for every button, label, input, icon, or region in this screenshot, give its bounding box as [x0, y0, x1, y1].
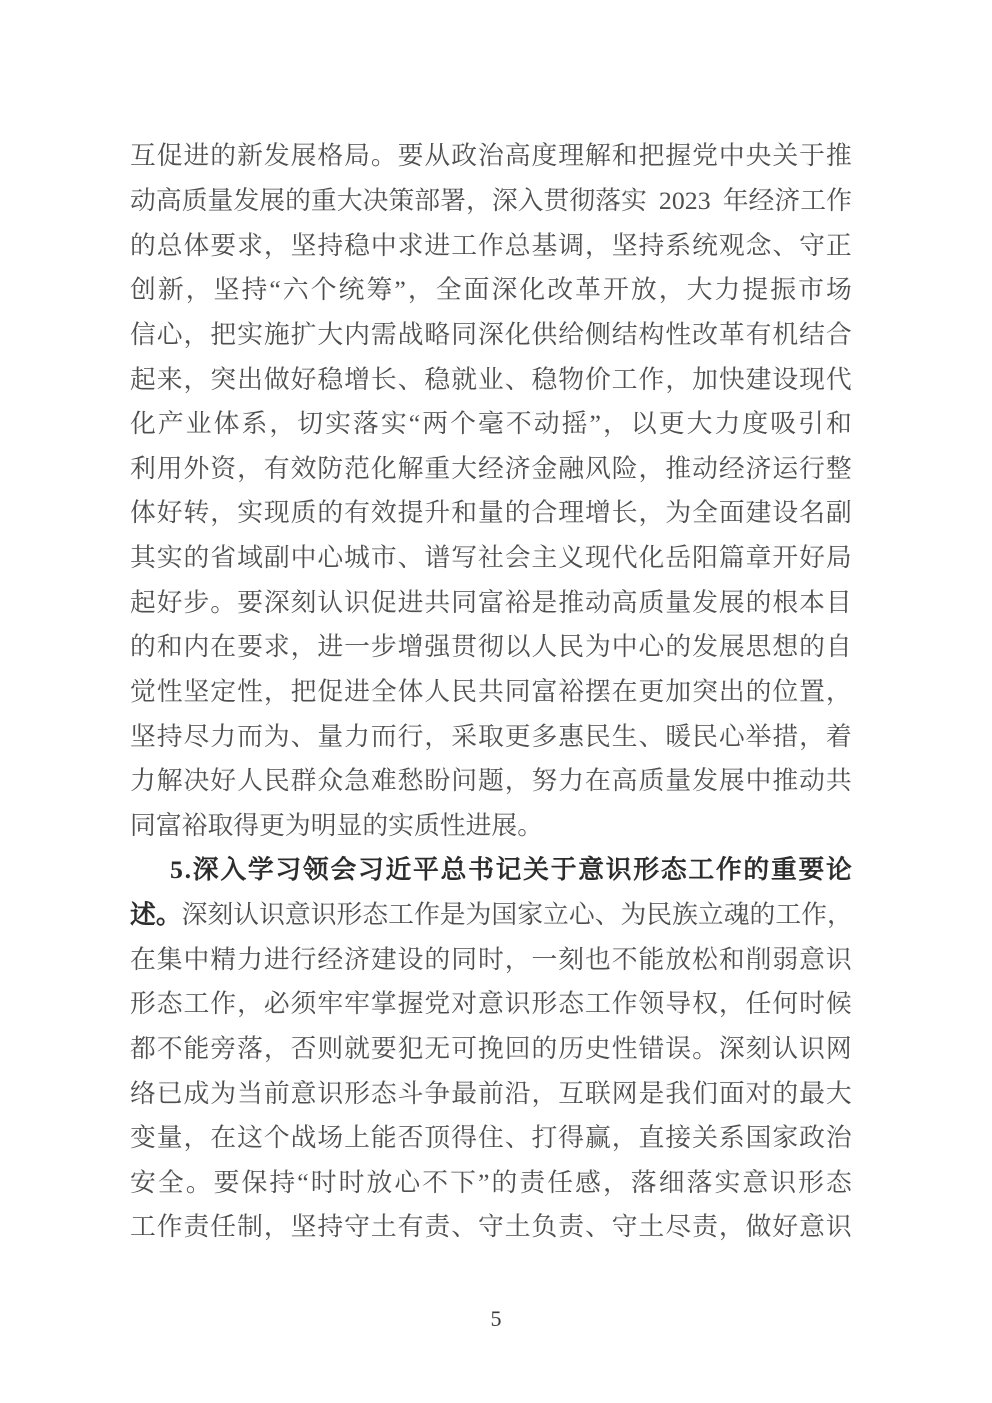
text-char: 大 — [826, 1081, 852, 1107]
text-char: 扩 — [291, 322, 317, 348]
text-char: 六 — [283, 277, 309, 303]
text-char: 最 — [799, 1081, 825, 1107]
text-char: 创 — [130, 277, 156, 303]
text-char: 多 — [531, 724, 557, 750]
text-char: 力 — [715, 411, 741, 437]
text-char: 系 — [665, 233, 691, 259]
text-line: 5.深入学习领会习近平总书记关于意识形态工作的重要论 — [130, 848, 852, 893]
text-char: 写 — [451, 545, 477, 571]
text-char: 性 — [157, 679, 183, 705]
text-char: 合 — [531, 500, 557, 526]
text-char: 中 — [612, 634, 638, 660]
text-char: 实 — [157, 545, 183, 571]
text-char: 决 — [363, 188, 389, 214]
text-char: 识 — [259, 902, 285, 928]
text-char: 经 — [478, 456, 504, 482]
text-char: 决 — [184, 768, 210, 794]
text-char: 形 — [798, 1170, 824, 1196]
text-char: 战 — [398, 322, 424, 348]
text-char: 统 — [339, 277, 365, 303]
text-char: 中 — [719, 143, 745, 169]
text-char: 工 — [451, 233, 477, 259]
text-char: ， — [505, 768, 531, 794]
text-char: ， — [264, 679, 290, 705]
text-char: 国 — [491, 902, 517, 928]
text-char: 济 — [746, 456, 772, 482]
text-char: 求 — [398, 233, 424, 259]
text-char: 社 — [478, 545, 504, 571]
text-char: 摆 — [585, 679, 611, 705]
text-line: 其实的省域副中心城市、谱写社会主义现代化岳阳篇章开好局 — [130, 536, 852, 581]
text-char: 内 — [344, 322, 370, 348]
text-char: 而 — [237, 724, 263, 750]
text-char: 尽 — [665, 1214, 691, 1240]
text-char: ， — [184, 367, 210, 393]
text-char: 刻 — [746, 1036, 772, 1062]
text-char: 效 — [291, 456, 317, 482]
text-char: 民 — [264, 768, 290, 794]
text-char: 工 — [585, 991, 611, 1017]
text-char: 旁 — [210, 1036, 236, 1062]
text-char: 2 — [685, 188, 698, 214]
text-char: 无 — [424, 1036, 450, 1062]
text-char: 整 — [826, 456, 852, 482]
text-char: ， — [184, 322, 210, 348]
text-char: 提 — [398, 500, 424, 526]
text-char: 行 — [291, 947, 317, 973]
text-char: 党 — [692, 143, 718, 169]
text-char: 学 — [248, 857, 274, 883]
text-char: 起 — [130, 367, 156, 393]
text-char: 立 — [543, 902, 569, 928]
text-char: 展 — [291, 143, 317, 169]
text-char: 效 — [371, 500, 397, 526]
text-char: 资 — [210, 456, 236, 482]
text-char: 记 — [496, 857, 522, 883]
text-line: 起来，突出做好稳增长、稳就业、稳物价工作，加快建设现代 — [130, 357, 852, 402]
text-char: 平 — [413, 857, 439, 883]
text-char: 措 — [772, 724, 798, 750]
text-char: 大 — [317, 322, 343, 348]
text-char: 得 — [558, 1125, 584, 1151]
text-char: 精 — [210, 947, 236, 973]
text-char: 生 — [612, 724, 638, 750]
text-char: “ — [297, 1170, 308, 1196]
text-char: 回 — [505, 1036, 531, 1062]
text-char: 要 — [398, 143, 424, 169]
text-char: 。 — [156, 902, 182, 928]
text-line: 互促进的新发展格局。要从政治高度理解和把握党中央关于推 — [130, 134, 852, 179]
text-char: 量 — [665, 590, 691, 616]
text-char: 难 — [371, 768, 397, 794]
text-char: 起 — [130, 590, 156, 616]
text-char: 摇 — [562, 411, 588, 437]
text-char: ， — [237, 456, 263, 482]
text-char: 在 — [585, 768, 611, 794]
text-char: 中 — [291, 545, 317, 571]
text-char: 化 — [130, 411, 156, 437]
text-char: ， — [719, 991, 745, 1017]
text-char: 主 — [531, 545, 557, 571]
text-char: 篇 — [719, 545, 745, 571]
text-char: 现 — [264, 500, 290, 526]
text-char: 进 — [264, 947, 290, 973]
text-char: 民 — [692, 724, 718, 750]
text-char: 中 — [746, 768, 772, 794]
text-char: 动 — [585, 590, 611, 616]
text-char: 识 — [311, 902, 337, 928]
text-char: 建 — [371, 947, 397, 973]
text-char: 会 — [330, 857, 356, 883]
text-char: ， — [531, 1081, 557, 1107]
text-char: 性 — [440, 813, 466, 839]
text-char: 济 — [344, 947, 370, 973]
text-char: 更 — [259, 813, 285, 839]
text-char: 任 — [547, 1170, 573, 1196]
text-char: 济 — [505, 456, 531, 482]
text-char: ， — [827, 902, 853, 928]
text-char: 好 — [291, 367, 317, 393]
text-char: 共 — [826, 768, 852, 794]
text-char: 作 — [478, 233, 504, 259]
text-char: 增 — [585, 500, 611, 526]
text-char: ， — [603, 1170, 629, 1196]
text-char: 惠 — [558, 724, 584, 750]
text-char: 坚 — [612, 233, 638, 259]
text-char: 斗 — [398, 1081, 424, 1107]
text-char: 挽 — [478, 1036, 504, 1062]
text-char: 、 — [772, 233, 798, 259]
text-char: 不 — [422, 1170, 448, 1196]
text-char: 问 — [451, 768, 477, 794]
text-char: 形 — [337, 902, 363, 928]
text-char: 都 — [130, 1036, 156, 1062]
text-line: 络已成为当前意识形态斗争最前沿，互联网是我们面对的最大 — [130, 1071, 852, 1116]
text-char: 的 — [362, 813, 388, 839]
text-char: 实 — [715, 1170, 741, 1196]
text-char: 力 — [558, 768, 584, 794]
text-char: 转 — [184, 500, 210, 526]
text-char: 本 — [799, 590, 825, 616]
text-char: 魂 — [724, 902, 750, 928]
text-char: 岳 — [665, 545, 691, 571]
text-char: 削 — [746, 947, 772, 973]
text-char: 共 — [424, 590, 450, 616]
text-char: 保 — [242, 1170, 268, 1196]
text-char: 防 — [317, 456, 343, 482]
text-char: 的 — [750, 902, 776, 928]
text-char: 突 — [692, 679, 718, 705]
text-char: 会 — [505, 545, 531, 571]
text-char: 央 — [746, 143, 772, 169]
text-char: . — [185, 857, 191, 883]
text-char: 行 — [398, 724, 424, 750]
text-char: 好 — [772, 1214, 798, 1240]
text-char: 设 — [398, 947, 424, 973]
text-char: ， — [639, 500, 665, 526]
text-char: 在 — [210, 634, 236, 660]
text-char: 用 — [157, 456, 183, 482]
text-char: 牢 — [317, 991, 343, 1017]
text-char: 责 — [424, 1214, 450, 1240]
text-line: 力解决好人民群众急难愁盼问题，努力在高质量发展中推动共 — [130, 759, 852, 804]
text-char: ， — [826, 679, 852, 705]
text-char: 最 — [451, 1081, 477, 1107]
text-char: 2 — [659, 188, 672, 214]
text-char: 增 — [398, 634, 424, 660]
text-char: 局 — [344, 143, 370, 169]
text-line: 同富裕取得更为明显的实质性进展。 — [130, 803, 852, 848]
text-char: 格 — [317, 143, 343, 169]
text-char: 同 — [451, 322, 477, 348]
text-char: 立 — [698, 902, 724, 928]
text-char: 经 — [719, 456, 745, 482]
text-char: 。 — [186, 1170, 212, 1196]
text-char: 价 — [585, 367, 611, 393]
text-char: 持 — [157, 724, 183, 750]
text-char: 性 — [237, 679, 263, 705]
text-char: 的 — [130, 233, 156, 259]
text-char: 时 — [311, 1170, 337, 1196]
text-char: 信 — [130, 322, 156, 348]
text-char: 刻 — [558, 947, 584, 973]
text-char: 筹 — [367, 277, 393, 303]
text-char: 必 — [264, 991, 290, 1017]
text-char: 贯 — [544, 188, 570, 214]
text-char: 要 — [798, 857, 824, 883]
text-char: 治 — [478, 143, 504, 169]
text-char: 态 — [371, 1081, 397, 1107]
text-char: 大 — [337, 188, 363, 214]
text-char: ， — [639, 456, 665, 482]
text-char: 设 — [772, 367, 798, 393]
text-char: 否 — [291, 1036, 317, 1062]
text-char: 工 — [388, 902, 414, 928]
text-char: 土 — [639, 1214, 665, 1240]
text-char: 推 — [665, 456, 691, 482]
text-char: 展 — [719, 634, 745, 660]
text-char: 就 — [344, 1036, 370, 1062]
text-char: 任 — [746, 991, 772, 1017]
text-char: 结 — [612, 322, 638, 348]
text-char: ， — [466, 188, 492, 214]
text-char: 述 — [130, 902, 156, 928]
text-char: 意 — [799, 947, 825, 973]
text-char: 步 — [371, 634, 397, 660]
text-char: 候 — [826, 991, 852, 1017]
text-char: 市 — [371, 545, 397, 571]
text-char: 革 — [719, 322, 745, 348]
text-char: 们 — [692, 1081, 718, 1107]
text-char: 吸 — [770, 411, 796, 437]
text-char: 实 — [621, 188, 647, 214]
text-char: 高 — [505, 143, 531, 169]
text-char: 持 — [269, 1170, 295, 1196]
text-char: 。 — [371, 143, 397, 169]
text-char: 在 — [130, 947, 156, 973]
text-char: 书 — [468, 857, 494, 883]
text-char: 面 — [719, 500, 745, 526]
text-char: 改 — [547, 277, 573, 303]
text-char: 度 — [742, 411, 768, 437]
text-char: 重 — [311, 188, 337, 214]
text-char: 不 — [157, 1036, 183, 1062]
text-char: 放 — [631, 277, 657, 303]
text-char: ， — [505, 947, 531, 973]
text-char: 推 — [772, 768, 798, 794]
text-char: 暖 — [665, 724, 691, 750]
text-char: 稳 — [317, 367, 343, 393]
text-char: 引 — [798, 411, 824, 437]
text-char: 力 — [344, 724, 370, 750]
text-char: 识 — [799, 1036, 825, 1062]
text-char: 出 — [237, 367, 263, 393]
text-char: 的 — [492, 1170, 518, 1196]
text-char: 其 — [130, 545, 156, 571]
text-char: 是 — [531, 590, 557, 616]
text-char: 建 — [746, 367, 772, 393]
text-char: 业 — [186, 411, 212, 437]
text-char: 网 — [612, 1081, 638, 1107]
text-char: 5 — [170, 857, 183, 883]
text-char: 觉 — [130, 679, 156, 705]
text-char: 改 — [692, 322, 718, 348]
text-char: 上 — [344, 1125, 370, 1151]
text-char: 稳 — [531, 367, 557, 393]
text-char: 。 — [692, 1036, 718, 1062]
text-char: 政 — [451, 143, 477, 169]
text-char: 深 — [719, 1036, 745, 1062]
text-char: 的 — [317, 500, 343, 526]
text-char: 时 — [339, 1170, 365, 1196]
text-char: 力 — [237, 947, 263, 973]
text-char: 、 — [585, 1214, 611, 1240]
text-char: 民 — [451, 679, 477, 705]
text-char: 的 — [746, 590, 772, 616]
text-line: 起好步。要深刻认识促进共同富裕是推动高质量发展的根本目 — [130, 580, 852, 625]
text-char: 在 — [210, 1125, 236, 1151]
text-char: 否 — [398, 1125, 424, 1151]
text-char: 基 — [531, 233, 557, 259]
text-char: 家 — [772, 1125, 798, 1151]
text-char: 我 — [665, 1081, 691, 1107]
text-line: 创新，坚持“六个统筹”，全面深化改革开放，大力提振市场 — [130, 268, 852, 313]
text-char: 关 — [692, 1125, 718, 1151]
text-char: 章 — [746, 545, 772, 571]
text-char: 提 — [742, 277, 768, 303]
text-char: 发 — [692, 590, 718, 616]
text-char: “ — [269, 277, 280, 303]
text-char: 民 — [558, 634, 584, 660]
text-char: ” — [590, 411, 601, 437]
text-char: 性 — [612, 1036, 638, 1062]
text-char: 、 — [398, 545, 424, 571]
text-char: 中 — [184, 947, 210, 973]
text-char: 争 — [424, 1081, 450, 1107]
text-char: 城 — [344, 545, 370, 571]
text-char: 放 — [665, 947, 691, 973]
text-char: 坚 — [291, 1214, 317, 1240]
text-char: 从 — [424, 143, 450, 169]
text-char: 入 — [518, 188, 544, 214]
text-char: 态 — [826, 1170, 852, 1196]
text-char: 为 — [620, 902, 646, 928]
text-char: 动 — [799, 768, 825, 794]
text-char: 动 — [534, 411, 560, 437]
text-char: 推 — [826, 143, 852, 169]
text-char: 统 — [692, 233, 718, 259]
text-char: 略 — [424, 322, 450, 348]
text-char: 的 — [424, 947, 450, 973]
text-char: 导 — [665, 991, 691, 1017]
text-char: 努 — [531, 768, 557, 794]
text-char: 住 — [478, 1125, 504, 1151]
text-char: 化 — [505, 322, 531, 348]
text-char: 是 — [440, 902, 466, 928]
text-line: 觉性坚定性，把促进全体人民共同富裕摆在更加突出的位置， — [130, 670, 852, 715]
text-char: 形 — [344, 1081, 370, 1107]
text-char: 高 — [156, 188, 182, 214]
text-char: 守 — [344, 1214, 370, 1240]
text-char: 物 — [558, 367, 584, 393]
text-char: 、 — [291, 724, 317, 750]
text-char: 政 — [799, 1125, 825, 1151]
text-char: 根 — [772, 590, 798, 616]
text-char: 发 — [692, 634, 718, 660]
text-line: 利用外资，有效防范化解重大经济金融风险，推动经济运行整 — [130, 446, 852, 491]
text-char: ” — [394, 277, 405, 303]
text-char: 须 — [291, 991, 317, 1017]
text-char: 领 — [303, 857, 329, 883]
text-char: 步 — [184, 590, 210, 616]
text-char: 稳 — [424, 367, 450, 393]
text-char: 体 — [130, 500, 156, 526]
text-char: 犯 — [398, 1036, 424, 1062]
text-char: 质 — [639, 768, 665, 794]
document-page: 互促进的新发展格局。要从政治高度理解和把握党中央关于推动高质量发展的重大决策部署… — [0, 0, 992, 1403]
text-char: 落 — [631, 1170, 657, 1196]
text-line: 的和内在要求，进一步增强贯彻以人民为中心的发展思想的自 — [130, 625, 852, 670]
text-char: 度 — [531, 143, 557, 169]
text-line: 形态工作，必须牢牢掌握党对意识形态工作领导权，任何时候 — [130, 982, 852, 1027]
text-char: 进 — [184, 143, 210, 169]
text-char: 刻 — [207, 902, 233, 928]
text-char: 把 — [210, 322, 236, 348]
text-char: 任 — [210, 1214, 236, 1240]
text-char: 实 — [237, 322, 263, 348]
text-char: 场 — [826, 277, 852, 303]
text-char: 牢 — [344, 991, 370, 1017]
text-char: 作 — [716, 857, 742, 883]
text-char: 中 — [371, 233, 397, 259]
text-char: 高 — [612, 590, 638, 616]
text-char: 变 — [130, 1125, 156, 1151]
text-char: 彻 — [569, 188, 595, 214]
text-char: ， — [799, 724, 825, 750]
text-char: 全 — [692, 500, 718, 526]
text-char: 体 — [184, 233, 210, 259]
text-char: 下 — [450, 1170, 476, 1196]
text-char: 想 — [772, 634, 798, 660]
text-char: 络 — [130, 1081, 156, 1107]
text-char: 和 — [612, 143, 638, 169]
text-char: 是 — [639, 1081, 665, 1107]
text-char: 和 — [826, 411, 852, 437]
text-char: 新 — [158, 277, 184, 303]
text-char: 业 — [478, 367, 504, 393]
text-char: 直 — [639, 1125, 665, 1151]
text-char: 负 — [531, 1214, 557, 1240]
